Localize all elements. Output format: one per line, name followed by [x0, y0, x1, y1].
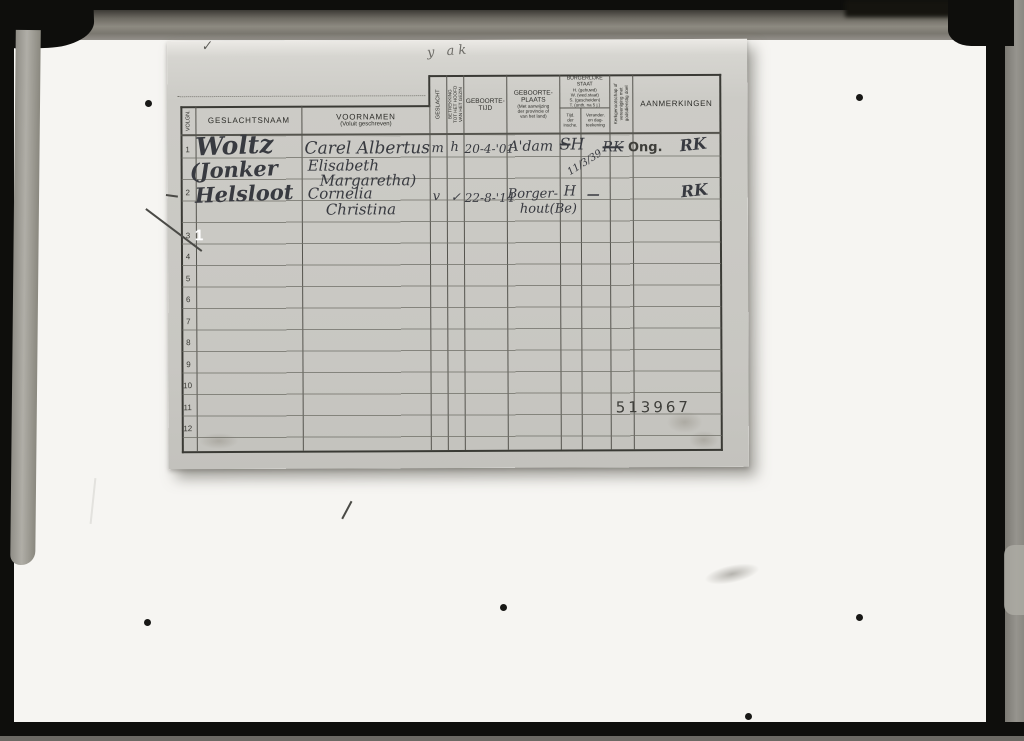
row-number: 11	[182, 403, 194, 412]
entry2-civil: H	[564, 183, 576, 199]
row-number: 2	[182, 188, 194, 197]
registration-dot	[856, 94, 863, 101]
table-border-bottom	[182, 449, 723, 453]
row-number: 8	[182, 338, 194, 347]
frame-left-wood-plank	[10, 30, 41, 565]
entry1-remarks: RK	[679, 134, 708, 156]
header-geboorteplaats-title: GEBOORTE- PLAATS	[514, 90, 553, 104]
registration-dot	[856, 614, 863, 621]
header-voornamen-title: VOORNAMEN	[336, 112, 396, 121]
header-burgstaat: BURGERLIJKE STAAT H. (gehuwd) W. (wed.st…	[560, 75, 609, 107]
card-stain	[689, 431, 719, 449]
entry1-birthdate: 20-4-'01	[465, 142, 515, 156]
page-faint-streak	[90, 478, 97, 524]
header-burgstaat-sub2: Verander. en dag- teekening	[581, 108, 609, 131]
entry1-civil-old: S	[559, 135, 570, 154]
header-kerkgenootschap: Kerkgenootschap of vereeniging met godsd…	[610, 76, 632, 131]
record-card: ✓ y ak VOLGN.	[167, 39, 749, 470]
register-table: VOLGN. GESLACHTSNAAM VOORNAMEN (Voluit g…	[167, 39, 749, 470]
card-stain	[667, 411, 703, 433]
entry2-surname: Helsloot	[194, 179, 294, 208]
entry1-church-new: Ong.	[628, 140, 663, 155]
header-burgstaat-legend: H. (gehuwd) W. (wed.staat) S. (gescheide…	[569, 87, 600, 107]
registration-dot	[745, 713, 752, 720]
row-number: 6	[182, 295, 194, 304]
entry1-relation: h	[451, 140, 459, 155]
registration-dot	[500, 604, 507, 611]
registration-dot	[144, 619, 151, 626]
header-voornamen-sub: (Voluit geschreven)	[340, 121, 391, 127]
entry2-sex: v	[433, 189, 440, 204]
frame-top-right-blotch	[948, 0, 1014, 46]
row-number: 5	[182, 274, 194, 283]
entry1-civil-new: H	[570, 134, 584, 153]
entry1-sex: m	[432, 141, 444, 156]
entry2-civil-insch: —	[587, 187, 600, 202]
entry2-birthplace2: hout(Be)	[520, 201, 577, 216]
row-number: 10	[182, 381, 194, 390]
row-number: 9	[182, 360, 194, 369]
pen-slash	[341, 501, 352, 519]
page-smudge	[703, 559, 762, 588]
entry1-civil-status: SH	[559, 134, 584, 153]
frame-bottom-gray-edge	[0, 736, 1024, 741]
header-dotted-line	[177, 95, 425, 97]
entry1-church-old: RK	[603, 139, 624, 155]
header-burgstaat-title: BURGERLIJKE STAAT	[567, 75, 603, 87]
entry1-church: RK Ong.	[602, 138, 662, 156]
registration-dot	[145, 100, 152, 107]
frame-right-black-strip	[986, 0, 1007, 741]
microfilm-scan: ✓ y ak VOLGN.	[0, 0, 1024, 741]
header-geslacht: GESLACHT	[430, 77, 446, 132]
row-number: 12	[182, 424, 194, 433]
row-number: 7	[182, 317, 194, 326]
header-geboortetijd: GEBOORTE- TIJD	[464, 77, 506, 132]
header-voornamen: VOORNAMEN (Voluit geschreven)	[302, 106, 429, 134]
header-burgstaat-sub1: Tijd. der insche.	[560, 108, 580, 131]
frame-top-left-blotch	[0, 0, 95, 50]
entry1-birthplace: A'dam	[508, 139, 553, 155]
entry2-birthplace1: Borger-	[508, 187, 558, 202]
header-geboorteplaats: GEBOORTE- PLAATS (Met aanwijzing der pro…	[507, 77, 559, 132]
header-geboorteplaats-sub: (Met aanwijzing der provincie of van het…	[517, 104, 549, 119]
entry2-relation: ✓	[451, 190, 461, 204]
card-stain	[199, 433, 239, 449]
overlay-digit: 1	[195, 227, 203, 244]
header-betrekking: BETREKKING TOT HET HOOFD VAN HET GEZIN	[447, 77, 463, 132]
row-number: 1	[182, 145, 194, 154]
entry2-remarks: RK	[680, 180, 709, 202]
header-volgn: VOLGN.	[181, 107, 195, 134]
frame-right-gray-strip	[1005, 0, 1024, 741]
header-aanmerkingen: AANMERKINGEN	[633, 76, 719, 131]
entry2-name2: Christina	[326, 200, 396, 218]
frame-right-wood-end	[1004, 545, 1024, 615]
row-number: 4	[182, 252, 194, 261]
